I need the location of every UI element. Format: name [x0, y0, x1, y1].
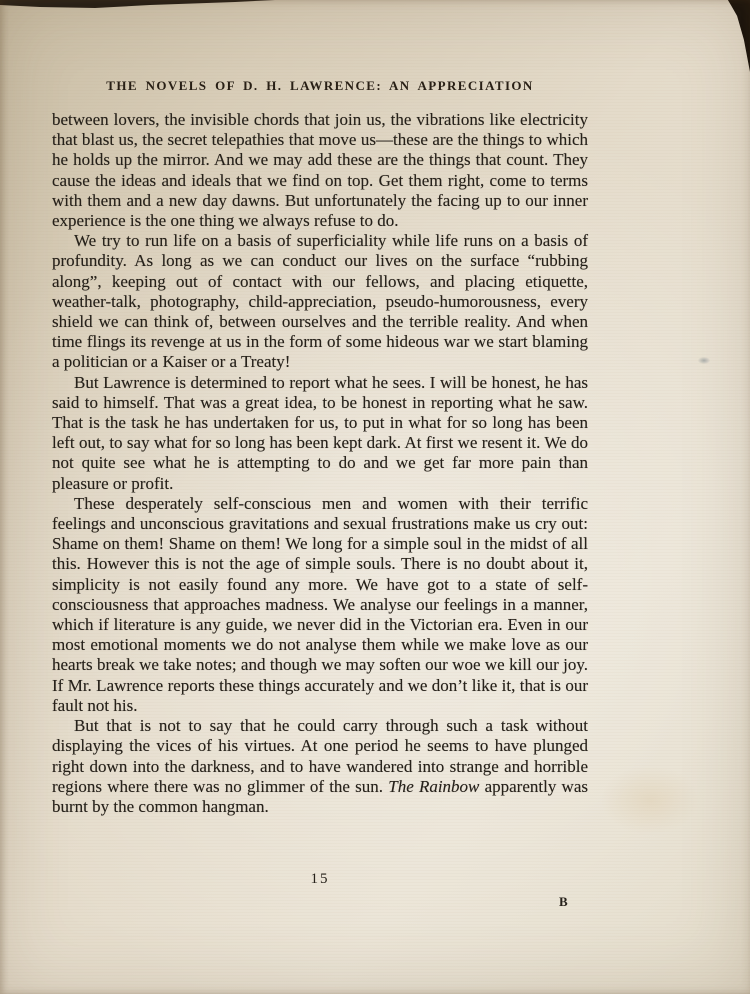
paragraph-text: between lovers, the invisible chords tha…: [52, 110, 588, 230]
body-paragraphs: between lovers, the invisible chords tha…: [52, 110, 588, 817]
paragraph: These desperately self-conscious men and…: [52, 494, 588, 716]
page-number: 15: [52, 871, 588, 888]
scan-edge-top: [0, 0, 275, 8]
paragraph-text: We try to run life on a basis of superfi…: [52, 231, 588, 371]
book-title-italic: The Rainbow: [388, 777, 479, 796]
paragraph: We try to run life on a basis of superfi…: [52, 231, 588, 372]
signature-mark: B: [559, 894, 568, 910]
paragraph: between lovers, the invisible chords tha…: [52, 110, 588, 231]
book-page: THE NOVELS OF D. H. LAWRENCE: AN APPRECI…: [0, 0, 750, 994]
running-header: THE NOVELS OF D. H. LAWRENCE: AN APPRECI…: [52, 78, 588, 94]
paragraph-text: These desperately self-conscious men and…: [52, 494, 588, 715]
paragraph-text: But Lawrence is determined to report wha…: [52, 373, 588, 493]
paper-speck: [698, 357, 710, 364]
paragraph: But that is not to say that he could car…: [52, 716, 588, 817]
scan-edge-top-right: [716, 0, 750, 72]
paper-stain: [600, 765, 700, 835]
paragraph: But Lawrence is determined to report wha…: [52, 373, 588, 494]
